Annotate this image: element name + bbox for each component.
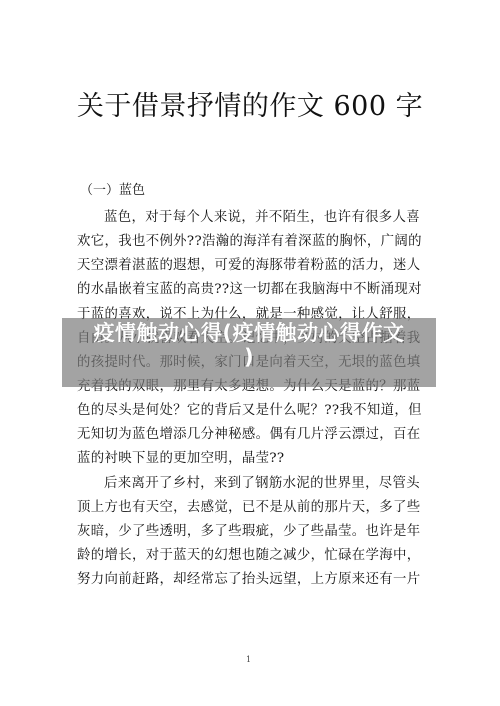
overlay-title: 疫情触动心得(疫情触动心得作文 ) [62,318,436,372]
text-line: 欢它，我也不例外??浩瀚的海洋有着深蓝的胸怀，广阔的 [77,230,423,254]
text-line: 灰暗，少了些透明，多了些瑕疵，少了些晶莹。也许是年 [77,520,423,544]
text-line: 蓝色，对于每个人来说，并不陌生，也许有很多人喜 [77,206,423,230]
text-line: 的水晶嵌着宝蓝的高贵??这一切都在我脑海中不断涌现对 [77,278,423,302]
text-line: 无知切为蓝色增添几分神秘感。偶有几片浮云漂过，百在 [77,423,423,447]
body-text: 蓝色，对于每个人来说，并不陌生，也许有很多人喜 欢它，我也不例外??浩瀚的海洋有… [77,206,423,592]
text-line: 龄的增长，对于蓝天的幻想也随之减少，忙碌在学海中， [77,544,423,568]
text-line: 努力向前赶路，却经常忘了抬头远望，上方原来还有一片 [77,568,423,592]
text-line: 色的尽头是何处？它的背后又是什么呢？??我不知道，但 [77,399,423,423]
section-heading: （一）蓝色 [80,182,145,200]
document-page: 关于借景抒情的作文 600 字 （一）蓝色 蓝色，对于每个人来说，并不陌生，也许… [0,0,500,706]
page-number: 1 [246,655,251,664]
text-line: 蓝的衬映下显的更加空明，晶莹?? [77,447,423,471]
text-line: 后来离开了乡村，来到了钢筋水泥的世界里，尽管头 [77,472,423,496]
document-title: 关于借景抒情的作文 600 字 [60,88,440,126]
text-line: 顶上方也有天空，去感觉，已不是从前的那片天，多了些 [77,496,423,520]
text-line: 天空漂着湛蓝的遐想，可爱的海豚带着粉蓝的活力，迷人 [77,254,423,278]
